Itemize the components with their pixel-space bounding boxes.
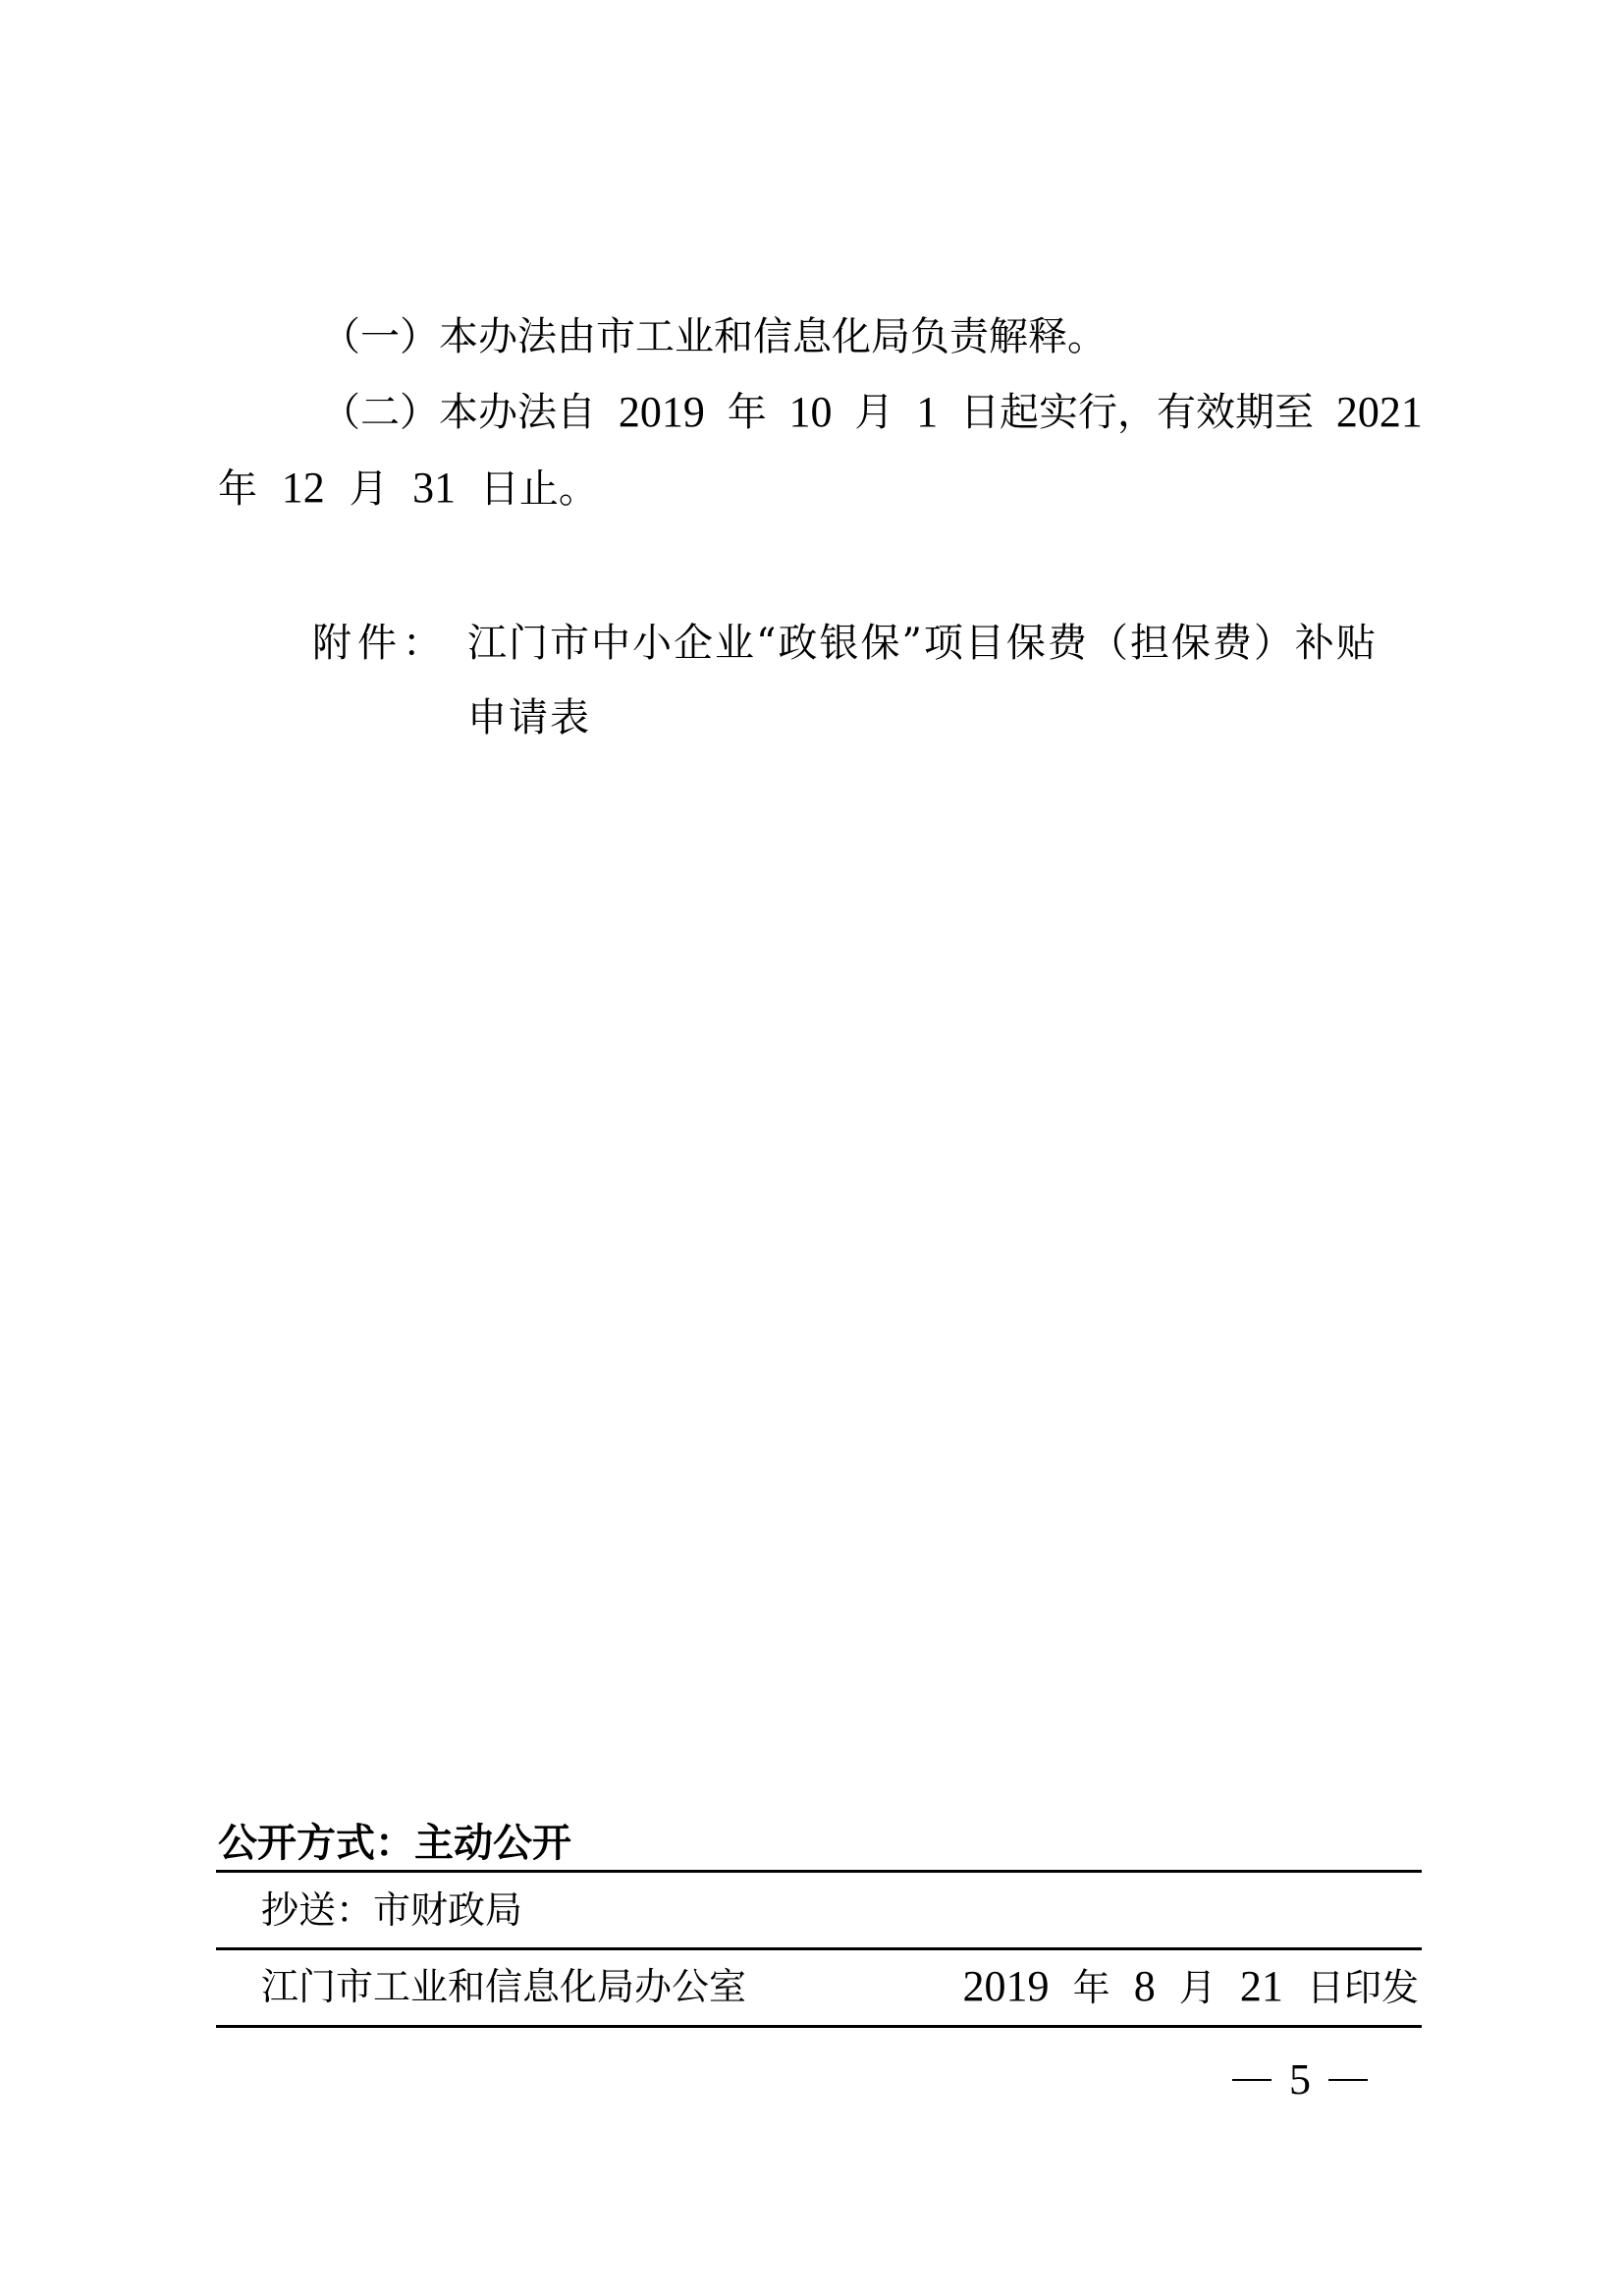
issue-month: 8 <box>1134 1962 1156 2010</box>
start-year: 2019 <box>619 388 705 437</box>
issue-suffix: 日印发 <box>1307 1966 1419 2009</box>
attachment-label: 附件： <box>312 619 448 668</box>
page-number-value: 5 <box>1289 2055 1311 2105</box>
month-char: 月 <box>854 388 893 437</box>
end-month: 12 <box>282 464 325 512</box>
year-char: 年 <box>728 388 767 437</box>
year-char: 年 <box>1073 1966 1110 2009</box>
clause-2-line-2: 年 12 月 31 日止。 <box>218 464 598 514</box>
issue-year: 2019 <box>962 1962 1049 2010</box>
start-day: 1 <box>916 388 938 437</box>
divider-middle <box>216 1947 1422 1950</box>
end-year: 2021 <box>1336 388 1423 437</box>
dash-right-icon <box>1328 2079 1368 2081</box>
start-month: 10 <box>789 388 833 437</box>
month-char: 月 <box>1179 1966 1217 2009</box>
issue-day: 21 <box>1240 1962 1283 2010</box>
issue-date: 2019 年 8 月 21 日印发 <box>962 1962 1419 2012</box>
attachment-title-line-2: 申请表 <box>467 693 591 742</box>
attachment-title-line-1: 江门市中小企业“政银保”项目保费（担保费）补贴 <box>467 619 1378 668</box>
clause-1: （一）本办法由市工业和信息化局负责解释。 <box>321 312 1107 361</box>
copy-to: 抄送：市财政局 <box>261 1886 522 1935</box>
publication-method: 公开方式：主动公开 <box>218 1819 571 1868</box>
dash-left-icon <box>1232 2079 1271 2081</box>
page-number: 5 <box>1232 2055 1368 2105</box>
month-char: 月 <box>349 466 388 512</box>
issuer: 江门市工业和信息化局办公室 <box>261 1962 746 2011</box>
divider-bottom <box>216 2025 1422 2028</box>
end-day: 31 <box>412 464 456 512</box>
clause-2-end-text: 日止。 <box>480 466 598 512</box>
divider-top <box>216 1870 1422 1873</box>
clause-2-line-1: （二）本办法自 2019 年 10 月 1 日起实行，有效期至 2021 <box>321 388 1423 437</box>
year-char: 年 <box>218 466 257 512</box>
clause-2-text: （二）本办法自 <box>321 388 596 437</box>
clause-2-text-mid: 日起实行，有效期至 <box>960 388 1314 437</box>
